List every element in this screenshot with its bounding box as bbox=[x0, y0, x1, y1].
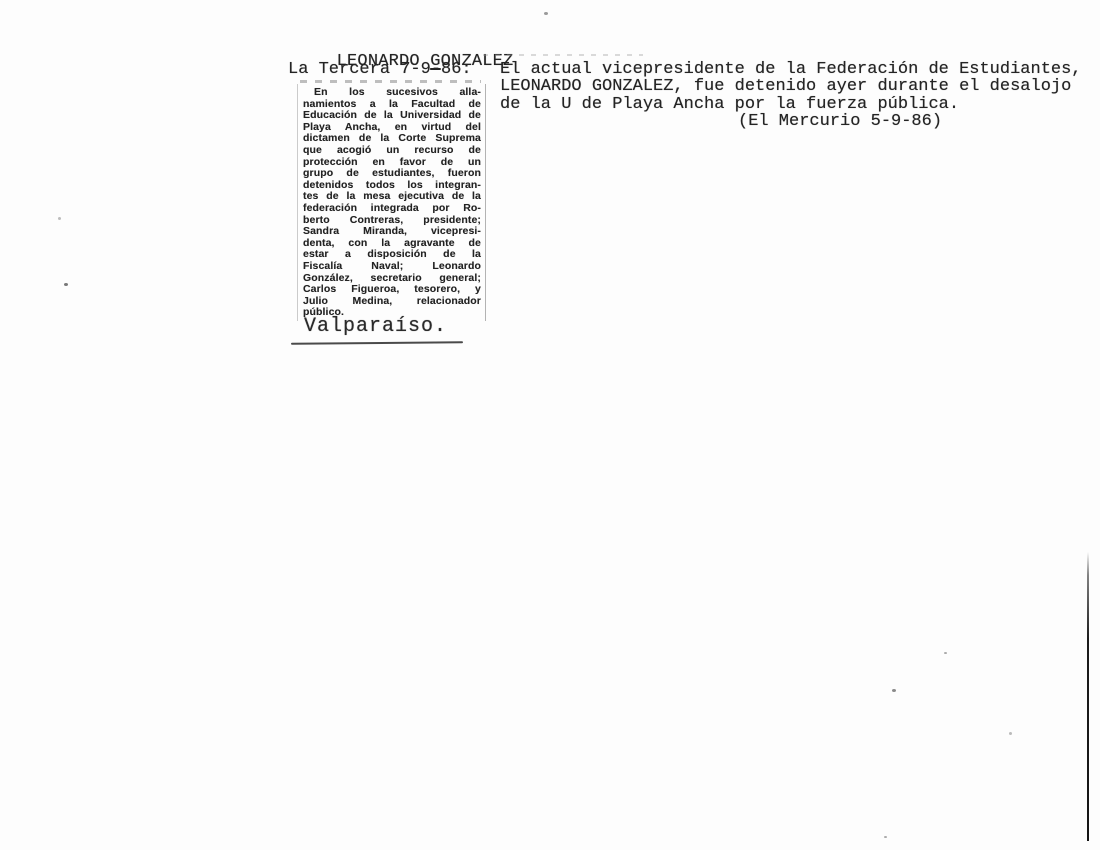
scan-artifact-line bbox=[1087, 552, 1089, 841]
clipping-place-name: Valparaíso. bbox=[304, 315, 447, 338]
typed-note-line: LEONARDO GONZALEZ, fue detenido ayer dur… bbox=[500, 78, 1082, 95]
attribution-line: (El Mercurio 5-9-86) bbox=[500, 113, 1082, 130]
scan-speck bbox=[884, 836, 887, 838]
scan-speck bbox=[892, 689, 896, 692]
scan-speck bbox=[58, 217, 61, 220]
typed-note-line: El actual vicepresidente de la Federació… bbox=[500, 61, 1082, 78]
clipping-torn-edge bbox=[300, 80, 481, 83]
source-citation: La Tercera 7-9-86: bbox=[288, 60, 472, 79]
clipping-text-line: federación integrada por Ro- bbox=[303, 203, 481, 215]
scan-speck bbox=[544, 12, 548, 15]
clipping-text-line: En los sucesivos alla- bbox=[303, 87, 481, 99]
scan-smudge bbox=[483, 54, 643, 56]
clipping-text-line: Fiscalía Naval; Leonardo bbox=[303, 261, 481, 273]
clipping-text-line: grupo de estudiantes, fueron bbox=[303, 168, 481, 180]
scanned-document-page: LEONARDO GONZALEZ La Tercera 7-9-86: En … bbox=[0, 0, 1100, 850]
typed-summary-note: El actual vicepresidente de la Federació… bbox=[500, 61, 1082, 130]
newspaper-clipping: En los sucesivos alla- namientos a la Fa… bbox=[297, 84, 486, 321]
scan-speck bbox=[944, 652, 947, 654]
scan-speck bbox=[64, 283, 68, 286]
clipping-text-line: que acogió un recurso de bbox=[303, 145, 481, 157]
clipping-text-line: Sandra Miranda, vicepresi- bbox=[303, 226, 481, 238]
typed-note-line: de la U de Playa Ancha por la fuerza púb… bbox=[500, 96, 1082, 113]
underline-mark bbox=[291, 341, 463, 345]
clipping-text-line: Carlos Figueroa, tesorero, y bbox=[303, 284, 481, 296]
scan-speck bbox=[1009, 732, 1012, 735]
